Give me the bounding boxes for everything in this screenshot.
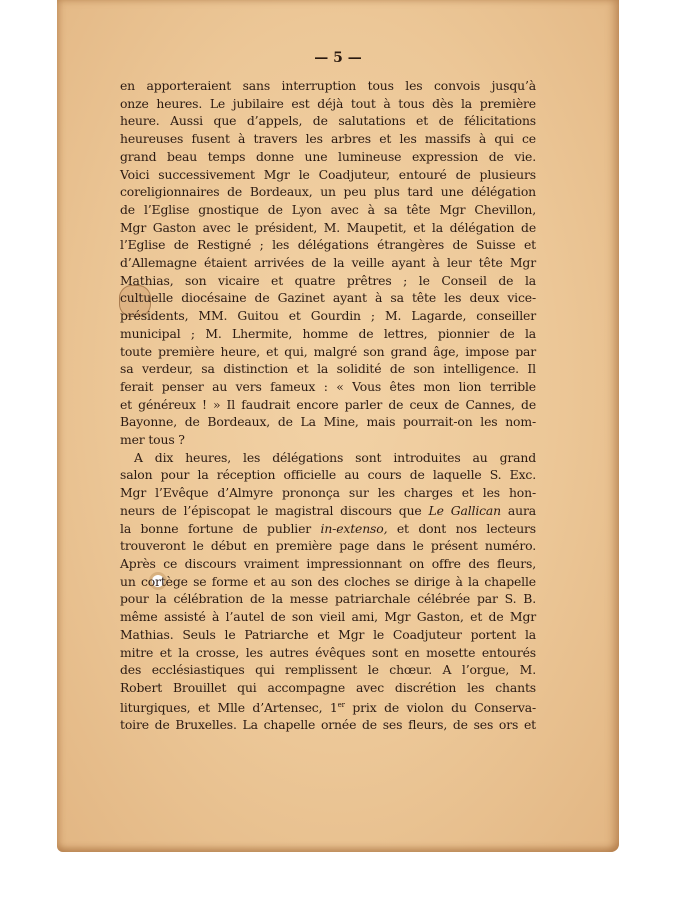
text-line: Bayonne, de Bordeaux, de La Mine, mais p… (120, 413, 536, 431)
text-line: de l’Eglise gnostique de Lyon avec à sa … (120, 201, 536, 219)
superscript: er (338, 701, 345, 709)
body-text: en apporteraient sans interruption tous … (120, 77, 536, 734)
text-line: A dix heures, les délégations sont intro… (120, 449, 536, 467)
text-line: Mathias, son vicaire et quatre prêtres ;… (120, 272, 536, 290)
text-run: liturgiques, et Mlle d’Artensec, 1 (120, 700, 338, 715)
text-line: présidents, MM. Guitou et Gourdin ; M. L… (120, 307, 536, 325)
text-line: sa verdeur, sa distinction et la solidit… (120, 360, 536, 378)
text-line: et généreux ! » Il faudrait encore parle… (120, 396, 536, 414)
text-line: ferait penser au vers fameux : « Vous êt… (120, 378, 536, 396)
text-line: trouveront le début en première page dan… (120, 537, 536, 555)
text-line: heure. Aussi que d’appels, de salutation… (120, 112, 536, 130)
text-line: d’Allemagne étaient arrivées de la veill… (120, 254, 536, 272)
text-line: Mgr l’Evêque d’Almyre prononça sur les c… (120, 484, 536, 502)
text-line: un cortège se forme et au son des cloche… (120, 573, 536, 591)
text-line: onze heures. Le jubilaire est déjà tout … (120, 95, 536, 113)
text-line: Mgr Gaston avec le président, M. Maupeti… (120, 219, 536, 237)
text-line: Voici successivement Mgr le Coadjuteur, … (120, 166, 536, 184)
text-line: liturgiques, et Mlle d’Artensec, 1er pri… (120, 697, 536, 717)
text-line: la bonne fortune de publier in-extenso, … (120, 520, 536, 538)
text-line: neurs de l’épiscopat le magistral discou… (120, 502, 536, 520)
text-line: cultuelle diocésaine de Gazinet ayant à … (120, 289, 536, 307)
scanned-page: — 5 — en apporteraient sans interruption… (57, 0, 619, 852)
text-line: pour la célébration de la messe patriarc… (120, 590, 536, 608)
text-line: l’Eglise de Restigné ; les délégations é… (120, 236, 536, 254)
italic-phrase: in-extenso, (321, 521, 388, 536)
text-run: prix de violon du Conserva- (345, 700, 536, 715)
italic-title: Le Gallican (429, 503, 501, 518)
text-line: mer tous ? (120, 431, 536, 449)
text-line: toire de Bruxelles. La chapelle ornée de… (120, 716, 536, 734)
paragraph-1: en apporteraient sans interruption tous … (120, 77, 536, 449)
text-line: même assisté à l’autel de son vieil ami,… (120, 608, 536, 626)
text-line: municipal ; M. Lhermite, homme de lettre… (120, 325, 536, 343)
text-line: Mathias. Seuls le Patriarche et Mgr le C… (120, 626, 536, 644)
text-line: coreligionnaires de Bordeaux, un peu plu… (120, 183, 536, 201)
text-line: en apporteraient sans interruption tous … (120, 77, 536, 95)
text-line: mitre et la crosse, les autres évêques s… (120, 644, 536, 662)
text-run: neurs de l’épiscopat le magistral discou… (120, 503, 429, 518)
text-line: salon pour la réception officielle au co… (120, 466, 536, 484)
text-line: grand beau temps donne une lumineuse exp… (120, 148, 536, 166)
page-number: — 5 — (57, 50, 619, 66)
text-line: toute première heure, et qui, malgré son… (120, 343, 536, 361)
text-run: aura (501, 503, 536, 518)
text-run: et dont nos lecteurs (387, 521, 536, 536)
paragraph-2: A dix heures, les délégations sont intro… (120, 449, 536, 734)
text-line: heureuses fusent à travers les arbres et… (120, 130, 536, 148)
text-line: Après ce discours vraiment impressionnan… (120, 555, 536, 573)
text-run: la bonne fortune de publier (120, 521, 321, 536)
text-line: des ecclésiastiques qui remplissent le c… (120, 661, 536, 679)
text-line: Robert Brouillet qui accompagne avec dis… (120, 679, 536, 697)
